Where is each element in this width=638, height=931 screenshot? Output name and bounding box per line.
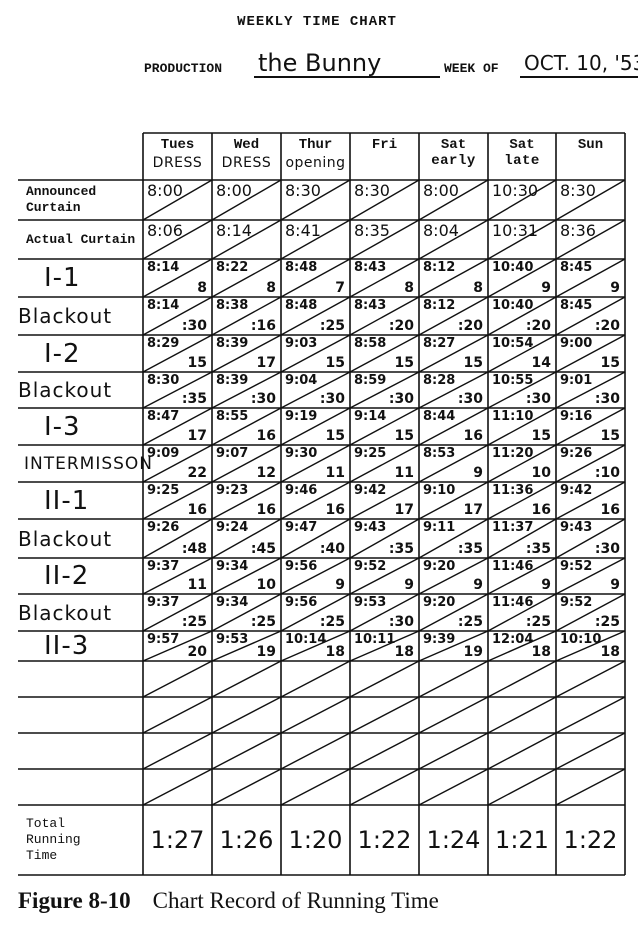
- duration: 18: [601, 644, 620, 660]
- total-running-time: 1:27: [143, 805, 212, 875]
- duration: 7: [335, 280, 345, 296]
- total-running-time-label: Total Running Time: [18, 805, 116, 875]
- clock-time: 9:46: [285, 483, 317, 498]
- duration: :25: [251, 614, 276, 630]
- row-label: Blackout: [18, 372, 142, 408]
- column-day: Sun: [578, 137, 603, 153]
- clock-time: 8:35: [354, 223, 390, 238]
- time-cell: 8:28:30: [419, 372, 488, 408]
- clock-time: 10:40: [492, 260, 533, 275]
- time-cell: 9:01:30: [556, 372, 625, 408]
- time-cell: 8:487: [281, 259, 350, 297]
- duration: 11: [188, 577, 207, 593]
- time-cell: 8:45:20: [556, 297, 625, 335]
- time-cell: 8:3917: [212, 335, 281, 372]
- time-cell: 10:30: [488, 180, 556, 220]
- clock-time: 10:54: [492, 336, 533, 351]
- time-cell: 8:539: [419, 445, 488, 482]
- duration: :30: [320, 391, 345, 407]
- duration: 16: [532, 502, 551, 518]
- clock-time: 9:26: [560, 446, 592, 461]
- duration: :20: [595, 318, 620, 334]
- duration: :48: [182, 541, 207, 557]
- clock-time: 8:04: [423, 223, 459, 238]
- duration: 20: [188, 644, 207, 660]
- time-cell: 8:30: [350, 180, 419, 220]
- duration: 15: [395, 355, 414, 371]
- time-cell: 11:3616: [488, 482, 556, 519]
- time-cell: 9:26:10: [556, 445, 625, 482]
- clock-time: 9:39: [423, 632, 455, 647]
- clock-time: 9:56: [285, 595, 317, 610]
- duration: :16: [251, 318, 276, 334]
- clock-time: 8:12: [423, 298, 455, 313]
- time-cell: 9:1017: [419, 482, 488, 519]
- column-day: Tues: [161, 137, 195, 153]
- duration: 15: [326, 428, 345, 444]
- time-cell: 8:5815: [350, 335, 419, 372]
- duration: :35: [458, 541, 483, 557]
- clock-time: 8:14: [147, 260, 179, 275]
- clock-time: 10:31: [492, 223, 538, 238]
- total-running-time: 1:20: [281, 805, 350, 875]
- column-header: Sun: [556, 133, 625, 179]
- time-cell: 9:529: [350, 558, 419, 594]
- time-cell: 11:469: [488, 558, 556, 594]
- time-cell: 8:459: [556, 259, 625, 297]
- time-cell: 9:26:48: [143, 519, 212, 558]
- time-cell: 8:4717: [143, 408, 212, 445]
- time-cell: 8:41: [281, 220, 350, 259]
- duration: 11: [326, 465, 345, 481]
- clock-time: 9:42: [354, 483, 386, 498]
- clock-time: 8:53: [423, 446, 455, 461]
- clock-time: 9:57: [147, 632, 179, 647]
- duration: :25: [320, 614, 345, 630]
- clock-time: 8:43: [354, 260, 386, 275]
- clock-time: 9:07: [216, 446, 248, 461]
- clock-time: 9:34: [216, 595, 248, 610]
- duration: :25: [526, 614, 551, 630]
- time-cell: 9:1415: [350, 408, 419, 445]
- duration: 15: [601, 428, 620, 444]
- time-cell: 12:0418: [488, 631, 556, 661]
- clock-time: 9:43: [354, 520, 386, 535]
- time-cell: 11:37:35: [488, 519, 556, 558]
- column-header: Thuropening: [281, 133, 350, 179]
- clock-time: 8:14: [147, 298, 179, 313]
- clock-time: 8:45: [560, 298, 592, 313]
- time-cell: 9:37:25: [143, 594, 212, 631]
- clock-time: 9:01: [560, 373, 592, 388]
- time-cell: 8:30: [281, 180, 350, 220]
- duration: 16: [257, 428, 276, 444]
- time-cell: 8:59:30: [350, 372, 419, 408]
- duration: 18: [326, 644, 345, 660]
- time-cell: 9:4616: [281, 482, 350, 519]
- duration: 16: [601, 502, 620, 518]
- figure-caption-text: Chart Record of Running Time: [153, 888, 439, 913]
- duration: 17: [188, 428, 207, 444]
- clock-time: 8:58: [354, 336, 386, 351]
- row-label: Blackout: [18, 297, 142, 335]
- time-cell: 9:2511: [350, 445, 419, 482]
- row-label: INTERMISSON: [18, 445, 148, 482]
- duration: 15: [326, 355, 345, 371]
- time-cell: 8:00: [419, 180, 488, 220]
- time-cell: 9:4217: [350, 482, 419, 519]
- time-cell: 9:20:25: [419, 594, 488, 631]
- clock-time: 8:00: [423, 183, 459, 198]
- duration: 16: [188, 502, 207, 518]
- column-header: WedDRESS: [212, 133, 281, 179]
- clock-time: 9:20: [423, 559, 455, 574]
- clock-time: 9:25: [354, 446, 386, 461]
- clock-time: 8:29: [147, 336, 179, 351]
- clock-time: 9:23: [216, 483, 248, 498]
- clock-time: 8:55: [216, 409, 248, 424]
- time-cell: 8:12:20: [419, 297, 488, 335]
- duration: 9: [335, 577, 345, 593]
- duration: 16: [257, 502, 276, 518]
- time-cell: 10:55:30: [488, 372, 556, 408]
- clock-time: 8:43: [354, 298, 386, 313]
- column-day: Fri: [372, 137, 397, 153]
- clock-time: 9:30: [285, 446, 317, 461]
- clock-time: 9:42: [560, 483, 592, 498]
- time-cell: 9:1915: [281, 408, 350, 445]
- clock-time: 10:55: [492, 373, 533, 388]
- duration: 9: [473, 577, 483, 593]
- clock-time: 8:38: [216, 298, 248, 313]
- duration: 19: [464, 644, 483, 660]
- clock-time: 8:30: [354, 183, 390, 198]
- duration: :35: [389, 541, 414, 557]
- time-cell: 10:5414: [488, 335, 556, 372]
- clock-time: 8:00: [147, 183, 183, 198]
- duration: 9: [404, 577, 414, 593]
- clock-time: 9:52: [560, 559, 592, 574]
- duration: 9: [473, 465, 483, 481]
- duration: :30: [458, 391, 483, 407]
- clock-time: 8:14: [216, 223, 252, 238]
- duration: :25: [182, 614, 207, 630]
- clock-time: 8:30: [285, 183, 321, 198]
- duration: 16: [326, 502, 345, 518]
- total-running-time: 1:22: [350, 805, 419, 875]
- time-cell: 10:40:20: [488, 297, 556, 335]
- duration: 12: [257, 465, 276, 481]
- duration: 15: [464, 355, 483, 371]
- duration: 10: [257, 577, 276, 593]
- clock-time: 11:46: [492, 559, 533, 574]
- clock-time: 9:24: [216, 520, 248, 535]
- time-cell: 8:14:30: [143, 297, 212, 335]
- duration: 17: [395, 502, 414, 518]
- time-cell: 8:30: [556, 180, 625, 220]
- column-day: Sat: [509, 137, 534, 153]
- duration: :35: [526, 541, 551, 557]
- time-cell: 9:2316: [212, 482, 281, 519]
- time-cell: 11:1015: [488, 408, 556, 445]
- column-day: Thur: [299, 137, 333, 153]
- clock-time: 8:47: [147, 409, 179, 424]
- time-cell: 8:43:20: [350, 297, 419, 335]
- figure-caption: Figure 8-10Chart Record of Running Time: [18, 888, 439, 914]
- time-cell: 8:36: [556, 220, 625, 259]
- duration: 8: [197, 280, 207, 296]
- clock-time: 8:48: [285, 260, 317, 275]
- duration: 17: [464, 502, 483, 518]
- time-cell: 9:529: [556, 558, 625, 594]
- time-cell: 8:4416: [419, 408, 488, 445]
- total-running-time: 1:26: [212, 805, 281, 875]
- duration: 9: [541, 577, 551, 593]
- time-cell: 8:438: [350, 259, 419, 297]
- time-cell: 9:2516: [143, 482, 212, 519]
- time-chart-table: TuesDRESSWedDRESSThuropeningFriSatearlyS…: [0, 0, 638, 931]
- duration: :45: [251, 541, 276, 557]
- time-cell: 9:52:25: [556, 594, 625, 631]
- clock-time: 8:39: [216, 336, 248, 351]
- clock-time: 9:14: [354, 409, 386, 424]
- duration: :20: [458, 318, 483, 334]
- clock-time: 8:45: [560, 260, 592, 275]
- time-cell: 9:3919: [419, 631, 488, 661]
- column-note: early: [419, 153, 488, 169]
- duration: 22: [188, 465, 207, 481]
- clock-time: 9:53: [216, 632, 248, 647]
- column-note: DRESS: [212, 155, 281, 171]
- clock-time: 8:00: [216, 183, 252, 198]
- duration: 9: [541, 280, 551, 296]
- clock-time: 9:04: [285, 373, 317, 388]
- clock-time: 9:10: [423, 483, 455, 498]
- duration: 8: [473, 280, 483, 296]
- clock-time: 10:11: [354, 632, 395, 647]
- duration: 16: [464, 428, 483, 444]
- time-cell: 9:1615: [556, 408, 625, 445]
- time-cell: 9:43:35: [350, 519, 419, 558]
- time-cell: 10:1418: [281, 631, 350, 661]
- time-cell: 8:38:16: [212, 297, 281, 335]
- time-cell: 8:06: [143, 220, 212, 259]
- time-cell: 8:48:25: [281, 297, 350, 335]
- clock-time: 8:06: [147, 223, 183, 238]
- time-cell: 9:53:30: [350, 594, 419, 631]
- time-cell: 9:34:25: [212, 594, 281, 631]
- time-cell: 10:409: [488, 259, 556, 297]
- duration: :25: [320, 318, 345, 334]
- clock-time: 11:46: [492, 595, 533, 610]
- time-cell: 8:04: [419, 220, 488, 259]
- column-day: Sat: [441, 137, 466, 153]
- figure-number: Figure 8-10: [18, 888, 131, 913]
- clock-time: 11:37: [492, 520, 533, 535]
- clock-time: 8:44: [423, 409, 455, 424]
- duration: 15: [601, 355, 620, 371]
- clock-time: 8:12: [423, 260, 455, 275]
- duration: 10: [532, 465, 551, 481]
- time-cell: 10:31: [488, 220, 556, 259]
- column-note: opening: [281, 155, 350, 171]
- time-cell: 8:128: [419, 259, 488, 297]
- row-label: Blackout: [18, 519, 142, 558]
- clock-time: 9:52: [560, 595, 592, 610]
- time-cell: 8:5516: [212, 408, 281, 445]
- clock-time: 9:19: [285, 409, 317, 424]
- duration: :30: [251, 391, 276, 407]
- time-cell: 9:5319: [212, 631, 281, 661]
- duration: 19: [257, 644, 276, 660]
- duration: 15: [532, 428, 551, 444]
- time-cell: 9:47:40: [281, 519, 350, 558]
- time-cell: 9:569: [281, 558, 350, 594]
- time-cell: 9:0712: [212, 445, 281, 482]
- clock-time: 10:10: [560, 632, 601, 647]
- duration: 15: [188, 355, 207, 371]
- clock-time: 8:27: [423, 336, 455, 351]
- column-day: Wed: [234, 137, 259, 153]
- total-running-time: 1:24: [419, 805, 488, 875]
- time-cell: 9:11:35: [419, 519, 488, 558]
- clock-time: 10:40: [492, 298, 533, 313]
- column-note: late: [488, 153, 556, 169]
- clock-time: 11:10: [492, 409, 533, 424]
- clock-time: 9:47: [285, 520, 317, 535]
- clock-time: 9:00: [560, 336, 592, 351]
- time-cell: 8:39:30: [212, 372, 281, 408]
- clock-time: 11:36: [492, 483, 533, 498]
- duration: :30: [182, 318, 207, 334]
- time-cell: 8:00: [212, 180, 281, 220]
- clock-time: 9:25: [147, 483, 179, 498]
- clock-time: 10:14: [285, 632, 326, 647]
- duration: :40: [320, 541, 345, 557]
- clock-time: 9:11: [423, 520, 455, 535]
- duration: 8: [404, 280, 414, 296]
- time-cell: 9:0015: [556, 335, 625, 372]
- time-cell: 9:5720: [143, 631, 212, 661]
- duration: :25: [458, 614, 483, 630]
- time-cell: 8:00: [143, 180, 212, 220]
- clock-time: 8:22: [216, 260, 248, 275]
- clock-time: 9:16: [560, 409, 592, 424]
- time-cell: 8:228: [212, 259, 281, 297]
- duration: :25: [595, 614, 620, 630]
- time-cell: 8:148: [143, 259, 212, 297]
- duration: :10: [595, 465, 620, 481]
- clock-time: 8:41: [285, 223, 321, 238]
- clock-time: 8:39: [216, 373, 248, 388]
- column-note: DRESS: [143, 155, 212, 171]
- duration: 18: [395, 644, 414, 660]
- duration: :20: [526, 318, 551, 334]
- time-cell: 11:2010: [488, 445, 556, 482]
- duration: 15: [395, 428, 414, 444]
- clock-time: 9:56: [285, 559, 317, 574]
- clock-time: 10:30: [492, 183, 538, 198]
- duration: 14: [532, 355, 551, 371]
- duration: :30: [389, 614, 414, 630]
- clock-time: 9:34: [216, 559, 248, 574]
- time-cell: 8:35: [350, 220, 419, 259]
- row-label: Actual Curtain: [18, 220, 150, 259]
- time-cell: 9:0922: [143, 445, 212, 482]
- time-cell: 9:04:30: [281, 372, 350, 408]
- time-cell: 11:46:25: [488, 594, 556, 631]
- time-cell: 9:3410: [212, 558, 281, 594]
- time-cell: 9:43:30: [556, 519, 625, 558]
- clock-time: 8:30: [560, 183, 596, 198]
- duration: :20: [389, 318, 414, 334]
- clock-time: 9:52: [354, 559, 386, 574]
- clock-time: 9:26: [147, 520, 179, 535]
- duration: 17: [257, 355, 276, 371]
- clock-time: 9:37: [147, 595, 179, 610]
- clock-time: 11:20: [492, 446, 533, 461]
- time-cell: 9:3011: [281, 445, 350, 482]
- duration: :30: [389, 391, 414, 407]
- time-cell: 9:3711: [143, 558, 212, 594]
- time-cell: 10:1118: [350, 631, 419, 661]
- time-cell: 8:30:35: [143, 372, 212, 408]
- clock-time: 8:59: [354, 373, 386, 388]
- column-header: TuesDRESS: [143, 133, 212, 179]
- duration: :30: [595, 391, 620, 407]
- clock-time: 8:30: [147, 373, 179, 388]
- duration: 11: [395, 465, 414, 481]
- total-running-time: 1:22: [556, 805, 625, 875]
- time-cell: 8:2715: [419, 335, 488, 372]
- column-header: Satlate: [488, 133, 556, 179]
- time-cell: 8:2915: [143, 335, 212, 372]
- clock-time: 8:36: [560, 223, 596, 238]
- column-header: Satearly: [419, 133, 488, 179]
- total-running-time: 1:21: [488, 805, 556, 875]
- time-cell: 9:209: [419, 558, 488, 594]
- time-cell: 9:0315: [281, 335, 350, 372]
- duration: 8: [266, 280, 276, 296]
- clock-time: 9:37: [147, 559, 179, 574]
- clock-time: 8:48: [285, 298, 317, 313]
- clock-time: 9:53: [354, 595, 386, 610]
- time-cell: 10:1018: [556, 631, 625, 661]
- duration: :35: [182, 391, 207, 407]
- duration: 9: [610, 280, 620, 296]
- clock-time: 9:09: [147, 446, 179, 461]
- clock-time: 9:20: [423, 595, 455, 610]
- duration: 18: [532, 644, 551, 660]
- time-cell: 9:4216: [556, 482, 625, 519]
- time-cell: 9:24:45: [212, 519, 281, 558]
- row-label: Blackout: [18, 594, 142, 631]
- time-cell: 8:14: [212, 220, 281, 259]
- clock-time: 9:03: [285, 336, 317, 351]
- column-header: Fri: [350, 133, 419, 179]
- duration: :30: [526, 391, 551, 407]
- clock-time: 8:28: [423, 373, 455, 388]
- row-label: Announced Curtain: [18, 180, 150, 220]
- clock-time: 9:43: [560, 520, 592, 535]
- duration: :30: [595, 541, 620, 557]
- clock-time: 12:04: [492, 632, 533, 647]
- duration: 9: [610, 577, 620, 593]
- time-cell: 9:56:25: [281, 594, 350, 631]
